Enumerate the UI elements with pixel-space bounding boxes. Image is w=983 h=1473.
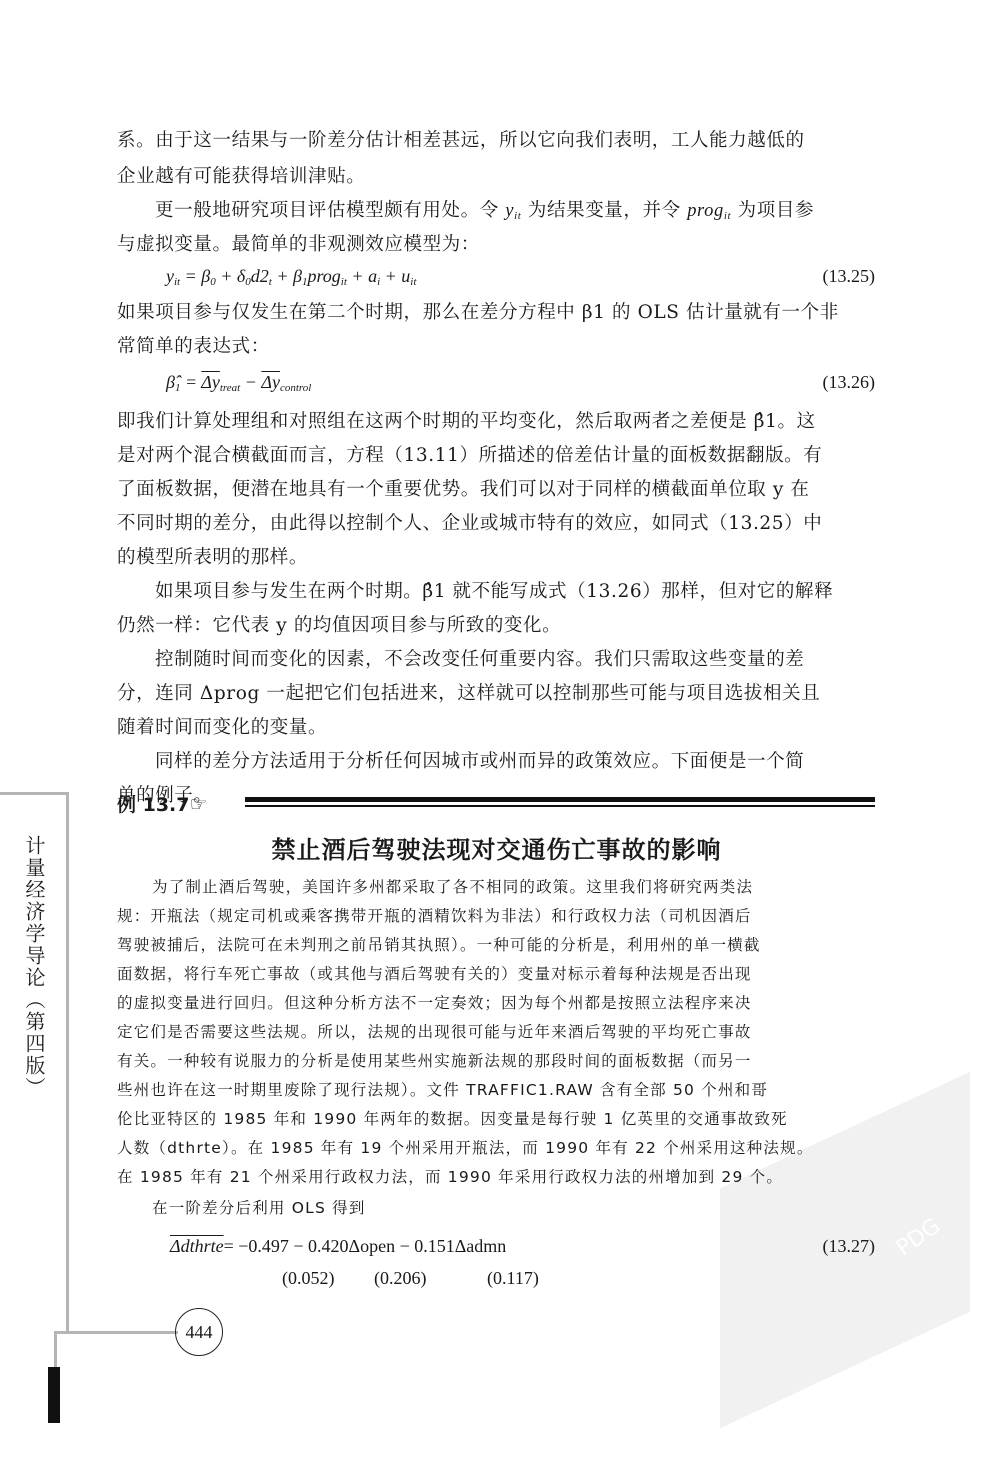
example-line: 有关。一种较有说服力的分析是使用某些州实施新法规的那段时间的面板数据（而另一 <box>117 1047 877 1076</box>
book-title-vertical: 计量经济学导论（第四版） <box>24 835 46 1099</box>
body-line: 与虚拟变量。最简单的非观测效应模型为： <box>117 228 877 262</box>
footer-frame <box>55 1331 178 1334</box>
pointing-hand-icon: ☞ <box>190 792 208 816</box>
body-line: 随着时间而变化的变量。 <box>117 711 877 745</box>
example-header: 例 13.7☞ <box>117 790 207 817</box>
example-rule <box>245 797 875 807</box>
equation-number: (13.26) <box>823 372 876 393</box>
example-line: 为了制止酒后驾驶，美国许多州都采取了各不相同的政策。这里我们将研究两类法 <box>152 873 877 902</box>
example-line: 的虚拟变量进行回归。但这种分析方法不一定奏效；因为每个州都是按照立法程序来决 <box>117 989 877 1018</box>
body-line: 同样的差分方法适用于分析任何因城市或州而异的政策效应。下面便是一个简 <box>155 745 877 779</box>
example-line: 规：开瓶法（规定司机或乘客携带开瓶的酒精饮料为非法）和行政权力法（司机因酒后 <box>117 902 877 931</box>
example-line: 在一阶差分后利用 OLS 得到 <box>152 1194 877 1223</box>
example-label: 例 13.7 <box>117 794 190 816</box>
equation-13-27: Δdthrte= −0.497 − 0.420Δopen − 0.151Δadm… <box>170 1236 506 1257</box>
body-line: 了面板数据，便潜在地具有一个重要优势。我们可以对于同样的横截面单位取 y 在 <box>117 473 877 507</box>
body-line: 的模型所表明的那样。 <box>117 541 877 575</box>
body-line: 系。由于这一结果与一阶差分估计相差甚远，所以它向我们表明，工人能力越低的 <box>117 124 877 158</box>
book-page: 系。由于这一结果与一阶差分估计相差甚远，所以它向我们表明，工人能力越低的 企业越… <box>0 0 983 1473</box>
example-line: 面数据，将行车死亡事故（或其他与酒后驾驶有关的）变量对标示着每种法规是否出现 <box>117 960 877 989</box>
body-line: 分，连同 Δprog 一起把它们包括进来，这样就可以控制那些可能与项目选拔相关且 <box>117 677 877 711</box>
std-error: (0.052) <box>282 1268 335 1289</box>
body-line: 仍然一样：它代表 y 的均值因项目参与所致的变化。 <box>117 609 877 643</box>
page-number: 444 <box>175 1308 223 1356</box>
example-line: 驾驶被捕后，法院可在未判刑之前吊销其执照）。一种可能的分析是，利用州的单一横截 <box>117 931 877 960</box>
equation-13-26: β̂1 = Δytreat − Δycontrol <box>166 372 311 394</box>
body-line: 即我们计算处理组和对照组在这两个时期的平均变化，然后取两者之差便是 β̂1。这 <box>117 405 877 439</box>
sidebar-frame <box>0 792 68 795</box>
example-line: 在 1985 年有 21 个州采用行政权力法，而 1990 年采用行政权力法的州… <box>117 1163 877 1192</box>
example-title: 禁止酒后驾驶法现对交通伤亡事故的影响 <box>0 830 983 865</box>
std-error: (0.206) <box>374 1268 427 1289</box>
equation-number: (13.25) <box>823 266 876 287</box>
example-line: 人数（dthrte）。在 1985 年有 19 个州采用开瓶法，而 1990 年… <box>117 1134 877 1163</box>
example-line: 些州也许在这一时期里废除了现行法规）。文件 TRAFFIC1.RAW 含有全部 … <box>117 1076 877 1105</box>
sidebar-frame <box>66 792 69 1332</box>
body-line: 是对两个混合横截面而言，方程（13.11）所描述的倍差估计量的面板数据翻版。有 <box>117 439 877 473</box>
thumb-tab-marker <box>48 1367 60 1423</box>
body-line: 如果项目参与仅发生在第二个时期，那么在差分方程中 β1 的 OLS 估计量就有一… <box>117 296 877 330</box>
example-line: 伦比亚特区的 1985 年和 1990 年两年的数据。因变量是每行驶 1 亿英里… <box>117 1105 877 1134</box>
footer-frame <box>54 1331 57 1371</box>
body-line: 控制随时间而变化的因素，不会改变任何重要内容。我们只需取这些变量的差 <box>155 643 877 677</box>
body-line: 不同时期的差分，由此得以控制个人、企业或城市特有的效应，如同式（13.25）中 <box>117 507 877 541</box>
std-error: (0.117) <box>487 1268 539 1289</box>
body-line: 如果项目参与发生在两个时期。β̂1 就不能写成式（13.26）那样，但对它的解释 <box>155 575 877 609</box>
body-line: 企业越有可能获得培训津贴。 <box>117 160 877 194</box>
equation-13-25: yit = β0 + δ0d2t + β1progit + ai + uit <box>166 266 416 288</box>
equation-number: (13.27) <box>823 1236 876 1257</box>
body-line: 常简单的表达式： <box>117 330 877 364</box>
body-line: 单的例子。 <box>117 779 877 813</box>
example-line: 定它们是否需要这些法规。所以，法规的出现很可能与近年来酒后驾驶的平均死亡事故 <box>117 1018 877 1047</box>
